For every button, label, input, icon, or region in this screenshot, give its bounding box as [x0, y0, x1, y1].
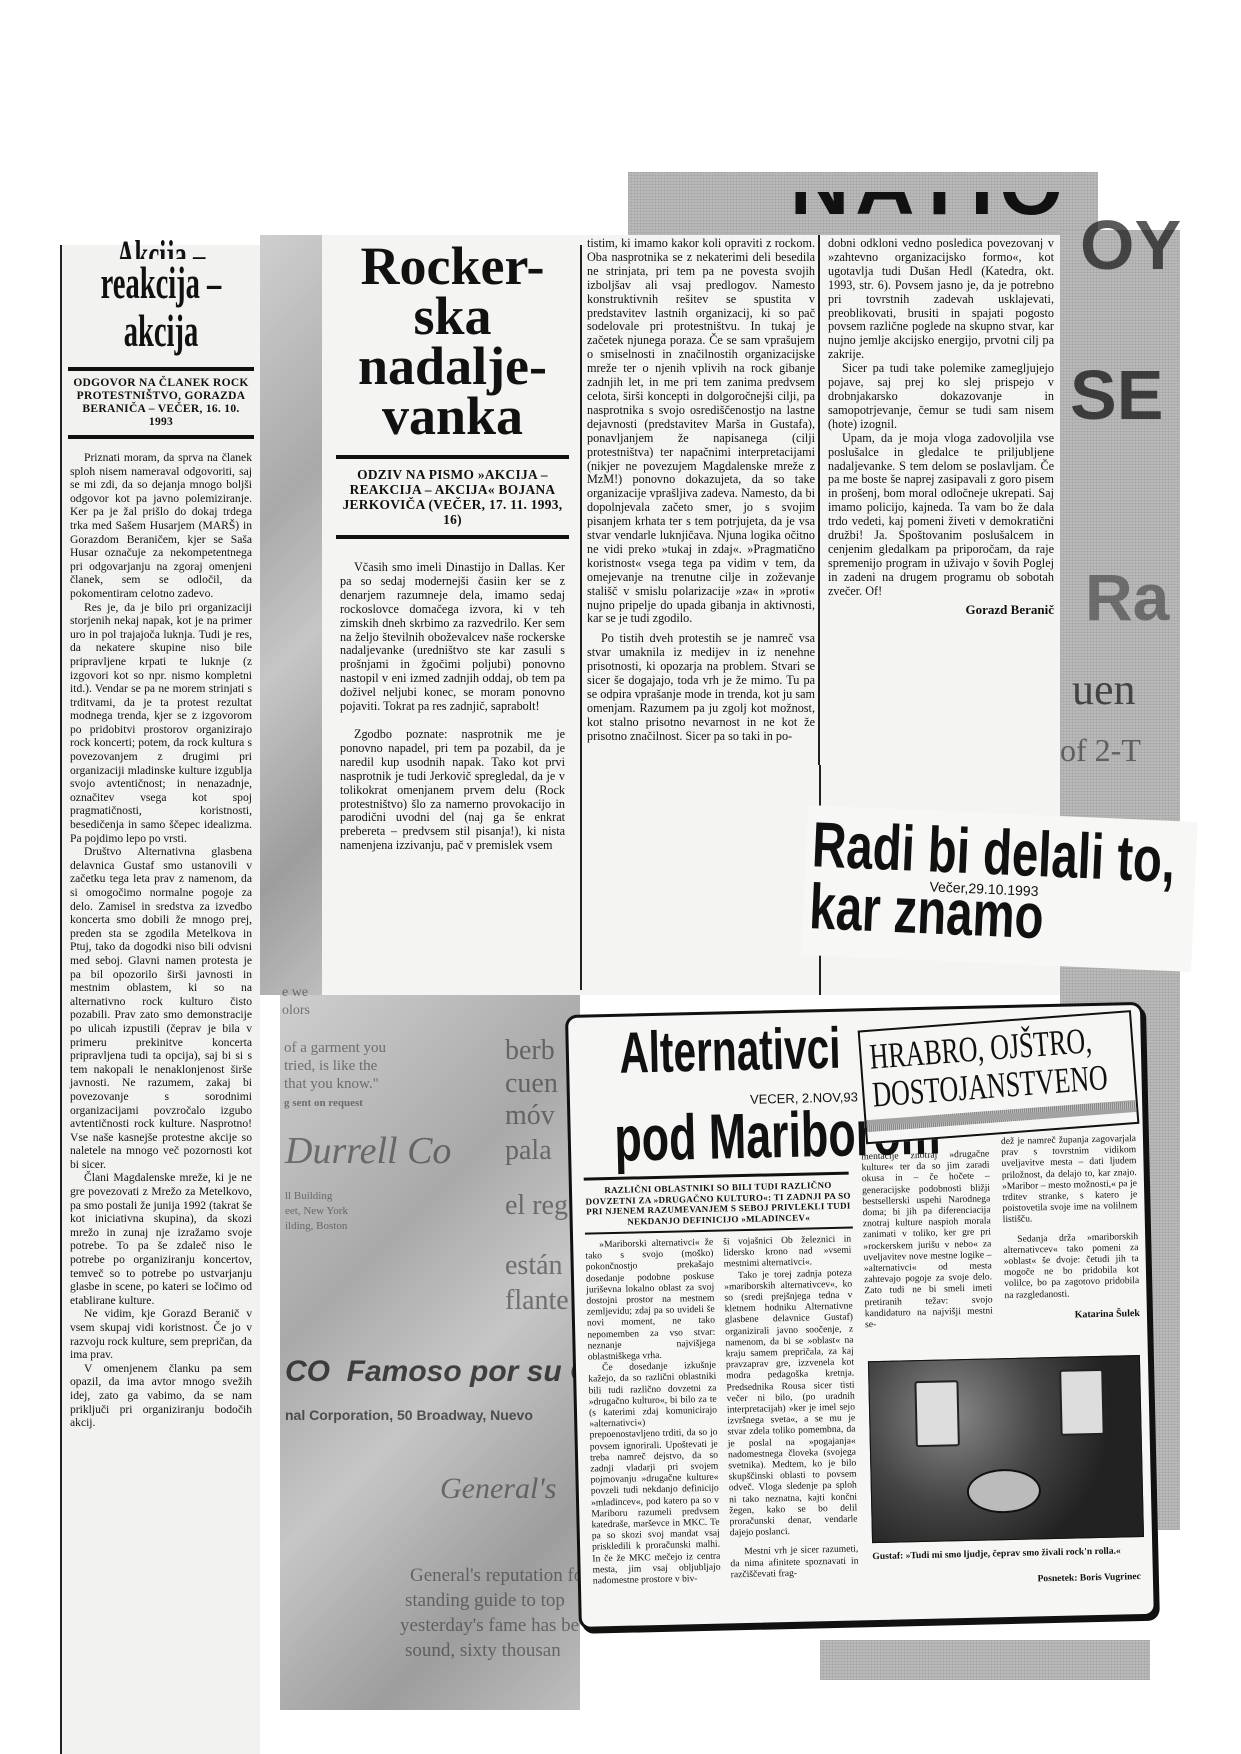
headline-line: Rocker-: [330, 241, 575, 291]
paragraph: »Mariborski alternativci« že tako s svoj…: [585, 1237, 716, 1363]
article-subtitle: ODZIV NA PISMO »AKCIJA – REAKCIJA – AKCI…: [330, 467, 575, 527]
ad-generals-line: General's reputation fo: [410, 1565, 583, 1587]
background-fragment: Ra: [1085, 560, 1169, 636]
ad-spanish: están: [505, 1250, 563, 1282]
paragraph: Mestni vrh je sicer razumeti, da nima af…: [730, 1544, 859, 1581]
paragraph: Če dosedanje izkušnje kažejo, da so razl…: [588, 1360, 721, 1587]
ad-line: g sent on request: [284, 1097, 363, 1110]
background-newsprint-bottom: [820, 1640, 1150, 1680]
article-subtitle: ODGOVOR NA ČLANEK ROCK PROTESTNIŠTVO, GO…: [62, 377, 260, 429]
clipping-alternativci-pod-mariborom: Alternativci VECER, 2.NOV,93 pod Maribor…: [565, 1002, 1157, 1630]
divider: [68, 367, 254, 371]
author-signature: Gorazd Beranič: [828, 603, 1054, 617]
photo-credit: Posnetek: Boris Vugrinec: [873, 1571, 1141, 1588]
drum-icon: [966, 1468, 1041, 1514]
headline-line: ska: [330, 291, 575, 341]
paragraph: Sedanja drža »mariborskih alternativcev«…: [1003, 1231, 1139, 1301]
divider: [585, 1227, 853, 1235]
divider: [336, 535, 569, 539]
ad-generals-line: standing guide to top: [405, 1590, 565, 1612]
article-body: Včasih smo imeli Dinastijo in Dallas. Ke…: [330, 561, 575, 853]
paragraph: dež je namreč županja zagovarjala prav s…: [1001, 1133, 1138, 1226]
divider: [68, 435, 254, 439]
speaker-icon: [1059, 1369, 1104, 1436]
column-3: mentacije znotraj »drugačne kulture« ter…: [861, 1148, 993, 1330]
ad-generals-line: sound, sixty thousan: [405, 1640, 561, 1662]
ad-line: tried, is like the: [284, 1058, 377, 1075]
background-fragment: of 2-T: [1060, 732, 1141, 769]
column-4: dež je namreč županja zagovarjala prav s…: [1001, 1133, 1140, 1322]
column-1: Rocker- ska nadalje- vanka ODZIV NA PISM…: [330, 235, 575, 853]
ad-line: of a garment you: [284, 1040, 386, 1057]
column-2: tistim, ki imamo kakor koli opraviti z r…: [587, 237, 815, 744]
article-body: Priznati moram, da sprva na članek sploh…: [62, 451, 260, 1430]
paragraph: Člani Magdalenske mreže, ki je ne gre po…: [70, 1171, 252, 1307]
clipping-akcija-reakcija-akcija: Akcija – reakcija – akcija ODGOVOR NA ČL…: [60, 245, 260, 1754]
band-photo: [868, 1355, 1144, 1543]
ad-address: ll Building: [285, 1190, 332, 1203]
ad-spanish: móv: [505, 1100, 555, 1132]
paragraph: ši vojašnici Ob železnici in lidersko kr…: [723, 1234, 852, 1271]
ad-spanish: el reg: [505, 1190, 568, 1222]
headline-line: akcija: [100, 307, 223, 355]
ad-corporation-line: nal Corporation, 50 Broadway, Nuevo: [285, 1407, 533, 1423]
ad-spanish: berb: [505, 1035, 555, 1067]
background-fragment: SE: [1070, 355, 1163, 436]
headline-line: reakcija –: [100, 259, 223, 307]
background-crumpled-left: [260, 235, 322, 995]
ad-line: e we: [282, 985, 308, 1001]
paragraph: Zgodbo poznate: nasprotnik me je ponovno…: [340, 728, 565, 853]
paragraph: Ne vidim, kje Gorazd Beranič v vsem skup…: [70, 1307, 252, 1361]
box-headline: HRABRO, OJŠTRO, DOSTOJANSTVENO: [858, 1010, 1140, 1144]
paragraph: mentacije znotraj »drugačne kulture« ter…: [861, 1148, 993, 1330]
ad-address: eet, New York: [285, 1205, 348, 1218]
headline-line: Alternativci: [619, 1020, 809, 1082]
author-signature: Katarina Šulek: [1005, 1308, 1140, 1322]
paragraph: Tako je torej zadnja poteza »mariborskih…: [724, 1267, 858, 1539]
ad-brand: Durrell Co: [285, 1130, 451, 1174]
background-fragment: uen: [1072, 665, 1136, 716]
column-3: dobni odkloni vedno posledica povezovanj…: [820, 235, 1060, 616]
paragraph: Društvo Alternativna glasbena delavnica …: [70, 845, 252, 1171]
background-fragment: OY: [1080, 205, 1181, 286]
headline-line: nadalje-: [330, 341, 575, 391]
clipping-radi-bi-delali: Radi bi delali to, kar znamo Večer,29.10…: [801, 805, 1197, 972]
paragraph: Priznati moram, da sprva na članek sploh…: [70, 451, 252, 601]
column-divider: [580, 245, 582, 990]
column-1: »Mariborski alternativci« že tako s svoj…: [585, 1237, 721, 1587]
ad-spanish: cuen: [505, 1068, 558, 1100]
paragraph: Upam, da je moja vloga zadovoljila vse p…: [828, 432, 1054, 599]
photo-caption: Gustaf: »Tudi mi smo ljudje, čeprav smo …: [872, 1545, 1142, 1562]
paragraph: Včasih smo imeli Dinastijo in Dallas. Ke…: [340, 561, 565, 714]
ad-generals: General's: [440, 1472, 556, 1507]
divider: [336, 455, 569, 459]
ad-address: ilding, Boston: [285, 1220, 347, 1233]
speaker-icon: [914, 1380, 959, 1447]
paragraph: Po tistih dveh protestih se je namreč vs…: [587, 632, 815, 743]
ad-generals-line: yesterday's fame has be: [400, 1615, 579, 1637]
clipping-rockerska-nadaljevanka-col3: dobni odkloni vedno posledica povezovanj…: [818, 235, 1060, 765]
column-2: ši vojašnici Ob železnici in lidersko kr…: [723, 1234, 859, 1581]
ad-spanish: pala: [505, 1135, 552, 1167]
article-subtitle: RAZLIČNI OBLASTNIKI SO BILI TUDI RAZLIČN…: [584, 1180, 853, 1228]
paragraph: V omenjenem članku pa sem opazil, da ima…: [70, 1362, 252, 1430]
headline-line: Akcija –: [100, 237, 223, 259]
ad-line: that you know.": [284, 1076, 379, 1093]
paragraph: Res je, da je bilo pri organizaciji stor…: [70, 601, 252, 846]
ad-line: olors: [282, 1003, 310, 1019]
paragraph: dobni odkloni vedno posledica povezovanj…: [828, 237, 1054, 362]
headline-line: vanka: [330, 391, 575, 441]
paragraph: tistim, ki imamo kakor koli opraviti z r…: [587, 237, 815, 626]
paragraph: Sicer pa tudi take polemike zamegljujejo…: [828, 362, 1054, 432]
ad-spanish: flante: [505, 1285, 569, 1317]
headline-line: pod Mariborom: [614, 1102, 818, 1171]
